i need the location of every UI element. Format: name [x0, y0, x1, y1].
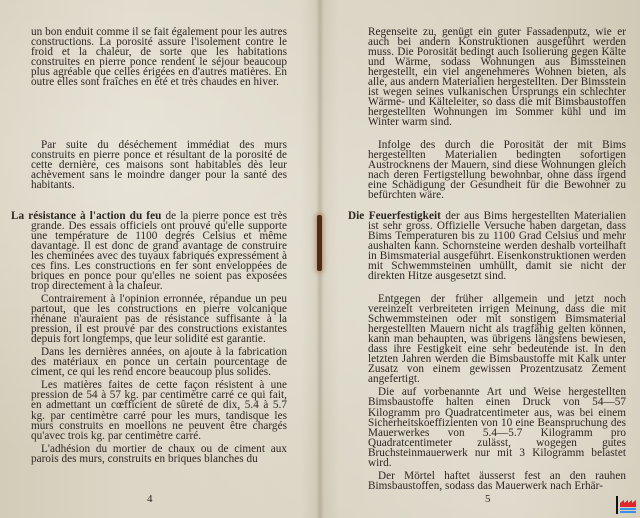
paragraph: Regenseite zu, genügt ein guter Fassaden…	[368, 27, 626, 127]
left-column-top: un bon enduit comme il se fait également…	[31, 27, 287, 87]
right-fire-section: Die Feuerfestigkeit der aus Bims hergest…	[348, 211, 626, 281]
paragraph: Die auf vorbenannte Art und Weise herges…	[368, 387, 626, 467]
paragraph: Der Mörtel haftet äusserst fest an den r…	[368, 471, 626, 491]
paragraph: un bon enduit comme il se fait également…	[31, 27, 287, 87]
left-fire-section: La résistance à l'action du feu de la pi…	[11, 211, 287, 291]
right-column-mid: Infolge des durch die Porosität der mit …	[368, 140, 626, 200]
page-number: 4	[147, 493, 153, 505]
left-column-bottom: Contrairement à l'opinion erronnée, répa…	[31, 294, 287, 464]
paragraph: L'adhésion du mortier de chaux ou de cim…	[31, 444, 287, 464]
paragraph: Infolge des durch die Porosität der mit …	[368, 140, 626, 200]
paragraph: Les matières faites de cette façon résis…	[31, 380, 287, 440]
fire-paragraph: Die Feuerfestigkeit der aus Bims hergest…	[348, 211, 626, 281]
paragraph: Dans les dernières années, on ajoute à l…	[31, 347, 287, 377]
section-text: de la pierre ponce est très grande. Des …	[31, 210, 287, 292]
fire-paragraph: La résistance à l'action du feu de la pi…	[11, 211, 287, 291]
right-page: Regenseite zu, genügt ein guter Fassaden…	[320, 0, 640, 518]
factory-logo-icon	[615, 495, 637, 515]
book-spread: un bon enduit comme il se fait également…	[0, 0, 640, 518]
left-column-mid: Par suite du déséchement immédiat des mu…	[31, 140, 287, 190]
paragraph: Par suite du déséchement immédiat des mu…	[31, 140, 287, 190]
left-page: un bon enduit comme il se fait également…	[0, 0, 320, 518]
paragraph: Contrairement à l'opinion erronnée, répa…	[31, 294, 287, 344]
right-column-top: Regenseite zu, genügt ein guter Fassaden…	[368, 27, 626, 127]
page-number: 5	[485, 493, 491, 505]
paragraph: Entgegen der früher allgemein und jetzt …	[368, 294, 626, 384]
right-column-bottom: Entgegen der früher allgemein und jetzt …	[368, 294, 626, 491]
section-text: der aus Bims hergestellten Materialien i…	[368, 210, 626, 282]
